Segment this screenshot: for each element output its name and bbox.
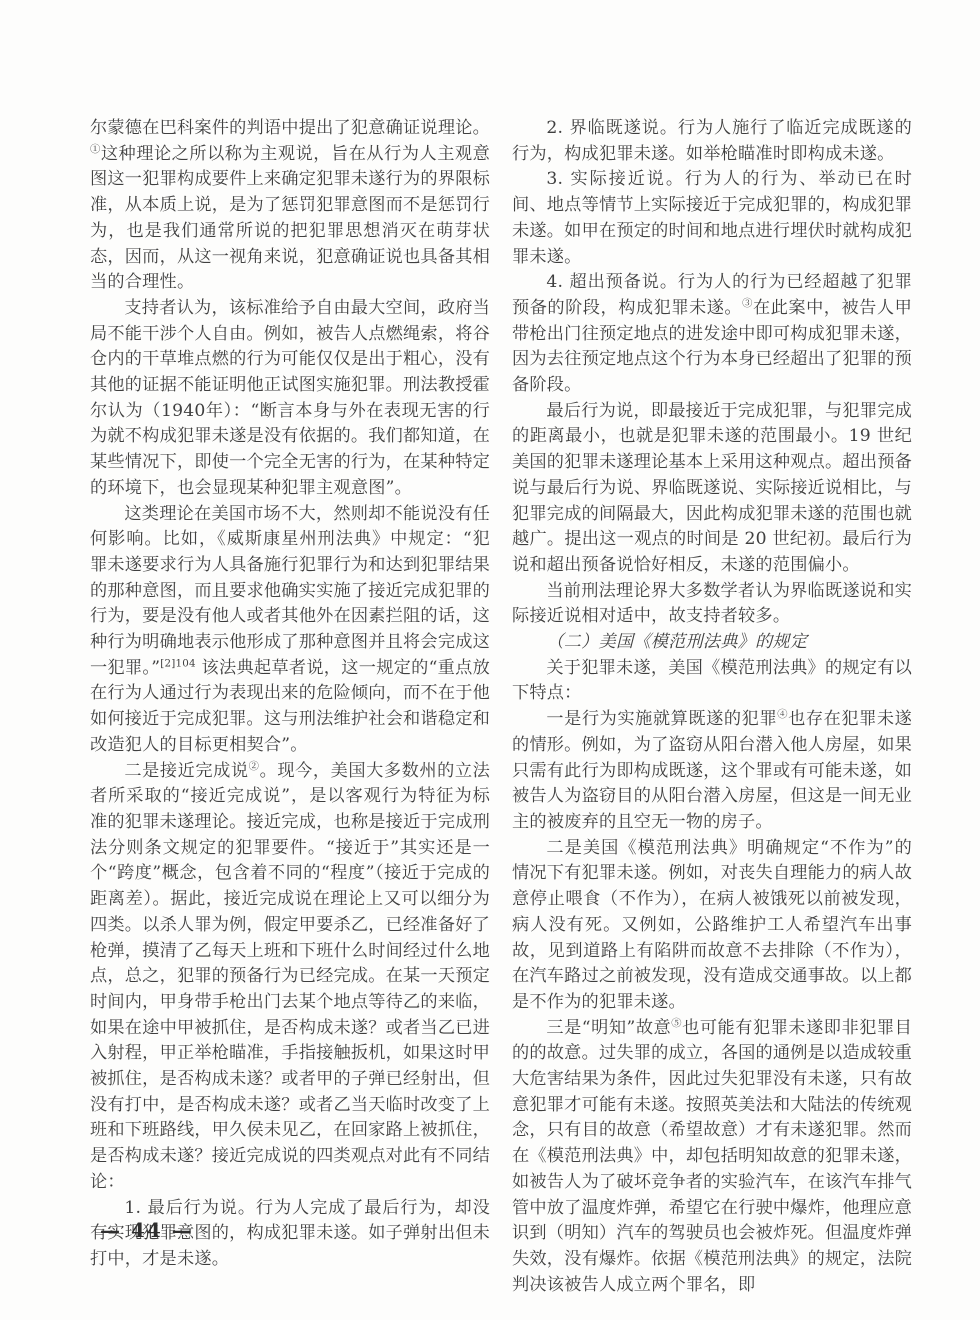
page-number: — 44 — [100,1218,194,1242]
footnote-marker: ⑤ [671,1017,682,1029]
paragraph: 一是行为实施就算既遂的犯罪④也存在犯罪未遂的情形。例如，为了盗窃从阳台潜入他人房… [512,707,912,836]
paragraph: 2. 界临既遂说。行为人施行了临近完成既遂的行为，构成犯罪未遂。如举枪瞄准时即构… [512,116,912,167]
paragraph: 最后行为说，即最接近于完成犯罪，与犯罪完成的距离最小，也就是犯罪未遂的范围最小。… [512,399,912,579]
footnote-marker: ② [249,760,260,772]
text-columns: 尔蒙德在巴科案件的判语中提出了犯意确证说理论。①这种理论之所以称为主观说，旨在从… [90,116,912,1298]
paragraph: 关于犯罪未遂，美国《模范刑法典》的规定有以下特点： [512,656,912,707]
paragraph: 尔蒙德在巴科案件的判语中提出了犯意确证说理论。①这种理论之所以称为主观说，旨在从… [90,116,490,296]
paragraph: 4. 超出预备说。行为人的行为已经超越了犯罪预备的阶段，构成犯罪未遂。③在此案中… [512,270,912,399]
book-page: 尔蒙德在巴科案件的判语中提出了犯意确证说理论。①这种理论之所以称为主观说，旨在从… [0,0,980,1320]
paragraph: 这类理论在美国市场不大，然则却不能说没有任何影响。比如，《威斯康星州刑法典》中规… [90,502,490,759]
paragraph: 当前刑法理论界大多数学者认为界临既遂说和实际接近说相对适中，故支持者较多。 [512,579,912,630]
paragraph: 二是接近完成说②。现今，美国大多数州的立法者所采取的“接近完成说”，是以客观行为… [90,759,490,1196]
footnote-marker: ① [90,143,101,155]
paragraph: 支持者认为，该标准给予自由最大空间，政府当局不能干涉个人自由。例如，被告人点燃绳… [90,296,490,502]
right-column: 2. 界临既遂说。行为人施行了临近完成既遂的行为，构成犯罪未遂。如举枪瞄准时即构… [512,116,912,1298]
footnote-marker: ④ [777,708,788,720]
paragraph: 二是美国《模范刑法典》明确规定“不作为”的情况下有犯罪未遂。例如，对丧失自理能力… [512,836,912,1016]
paragraph: 三是“明知”故意⑤也可能有犯罪未遂即非犯罪目的的故意。过失罪的成立，各国的通例是… [512,1016,912,1299]
left-column: 尔蒙德在巴科案件的判语中提出了犯意确证说理论。①这种理论之所以称为主观说，旨在从… [90,116,490,1298]
section-heading: （二）美国《模范刑法典》的规定 [512,630,912,656]
footnote-marker: ③ [742,297,753,309]
footnote-marker: [2]104 [160,657,196,669]
paragraph: 3. 实际接近说。行为人的行为、举动已在时间、地点等情节上实际接近于完成犯罪的，… [512,167,912,270]
